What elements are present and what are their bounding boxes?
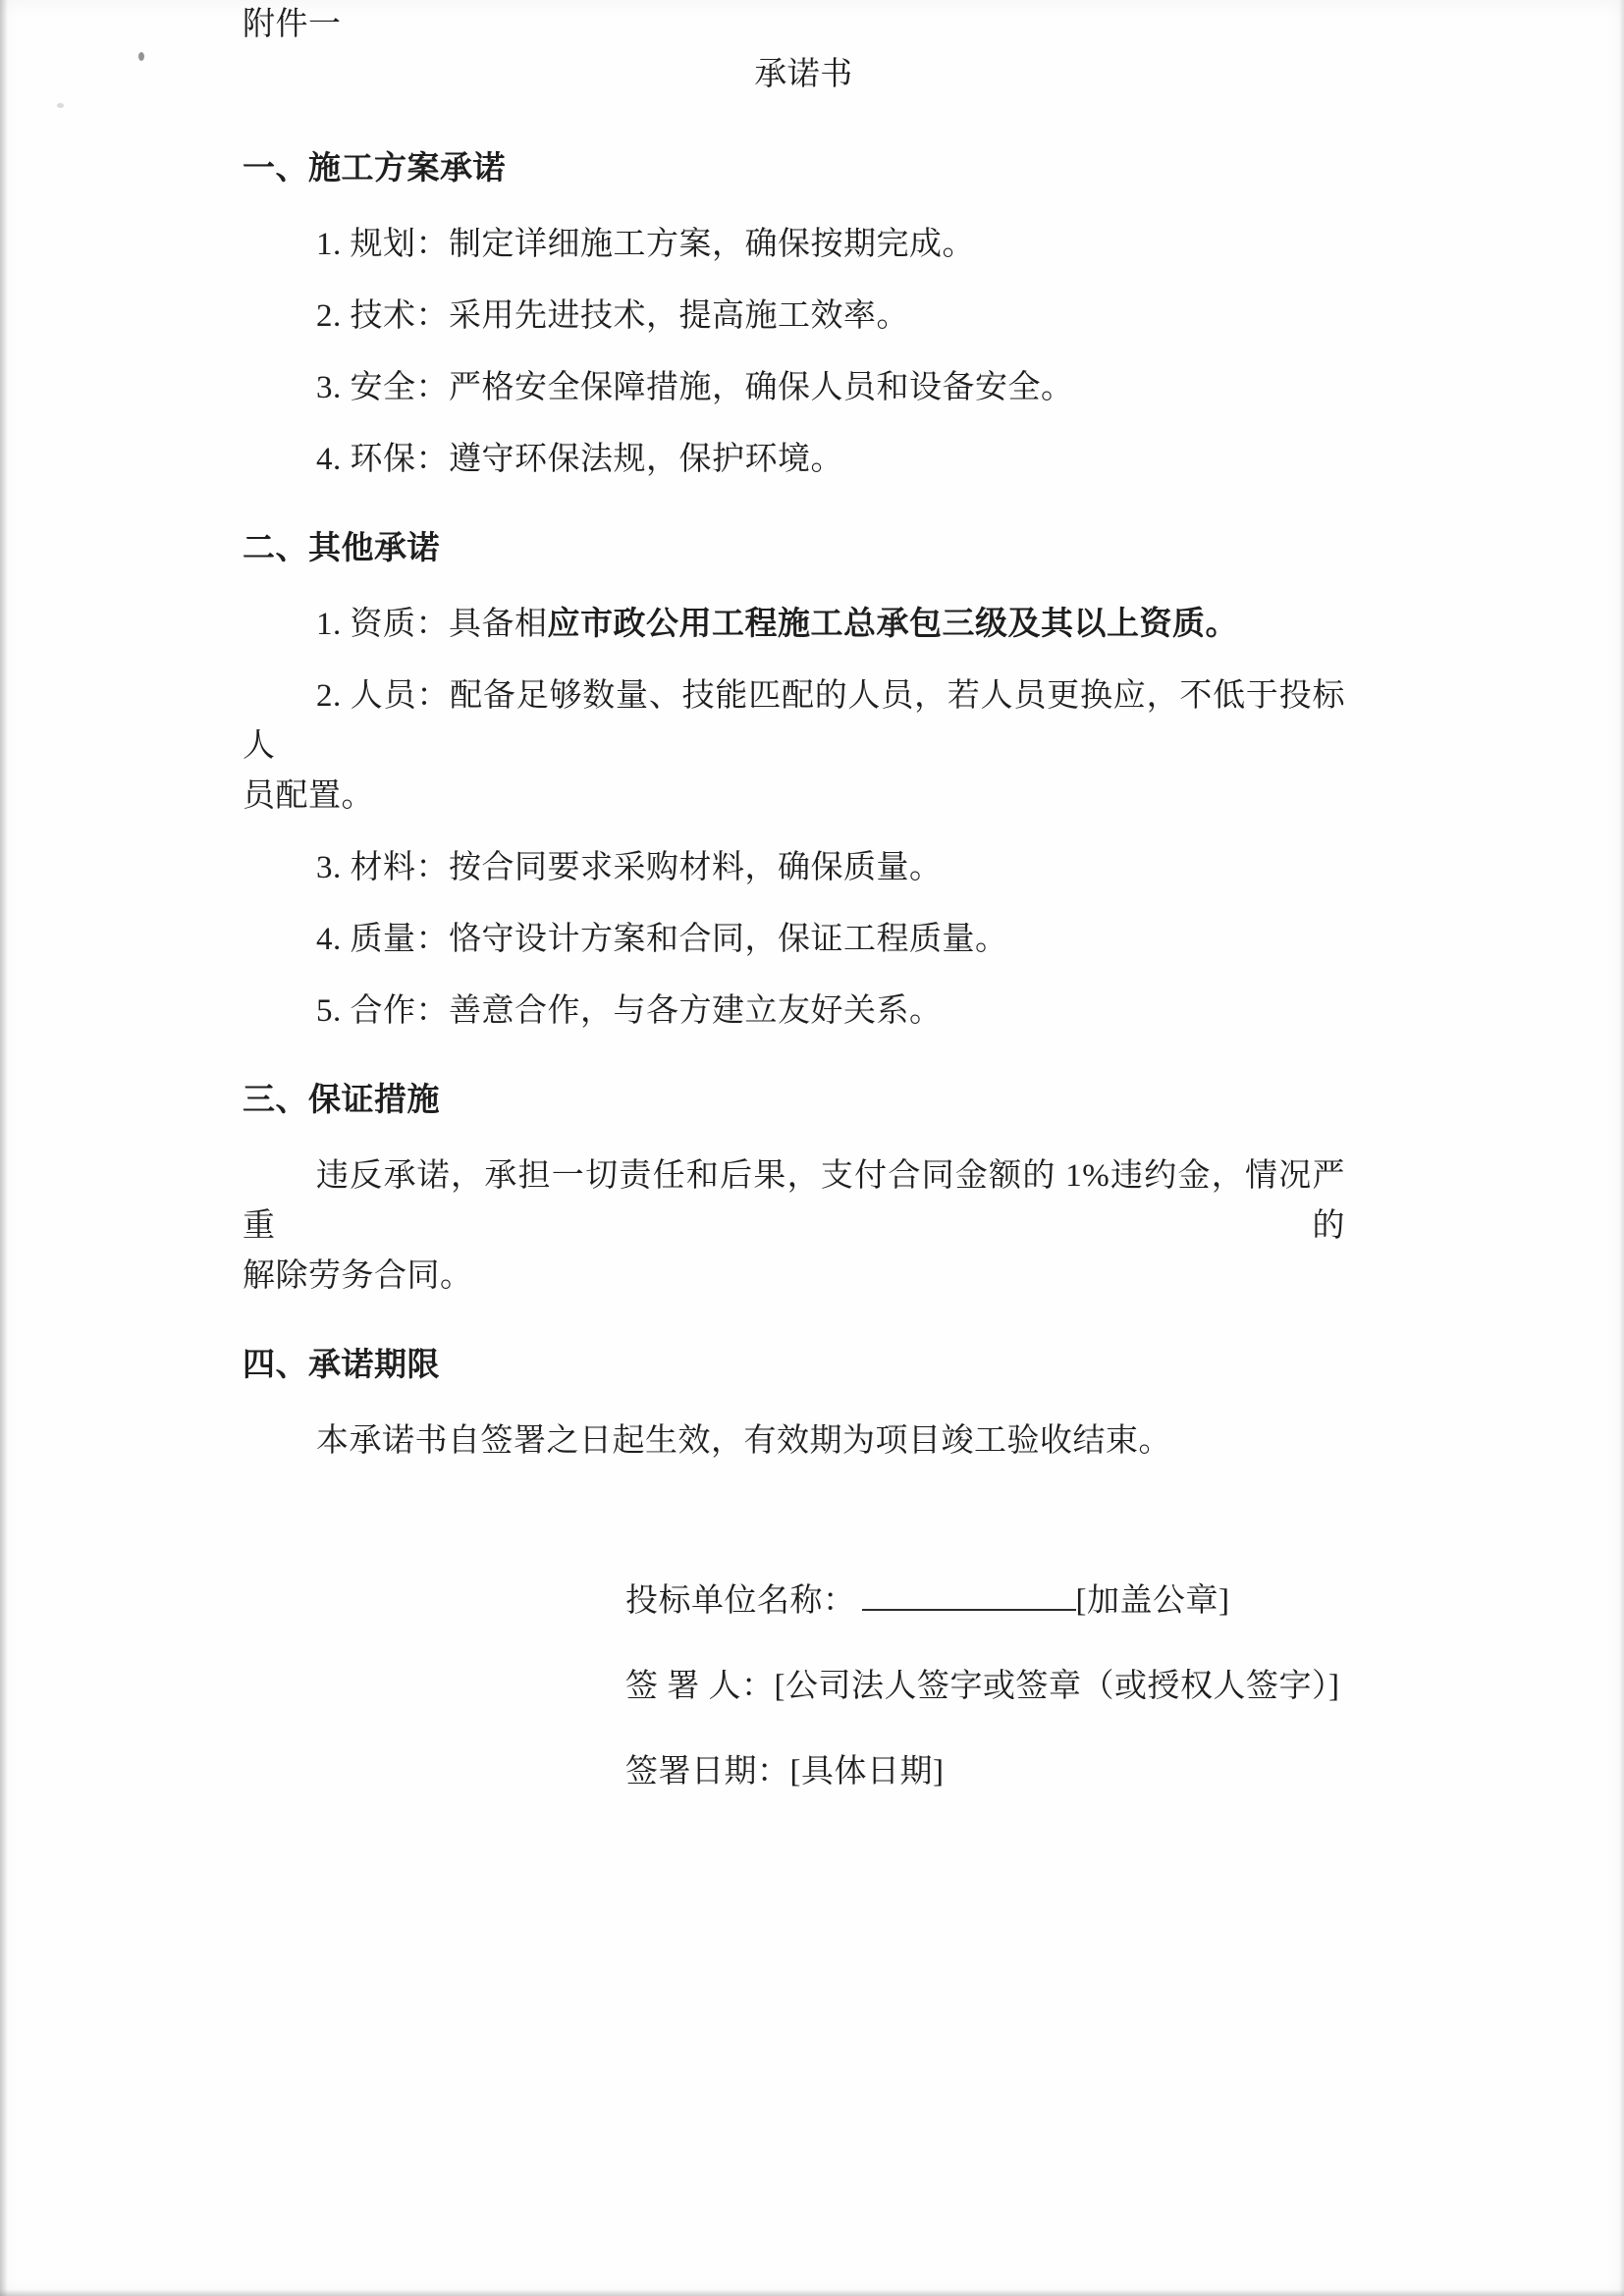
signature-date-row: 签署日期：[具体日期] [625, 1747, 1345, 1797]
scan-speck [138, 52, 144, 61]
document-content: 附件一 承诺书 一、施工方案承诺 1. 规划：制定详细施工方案，确保按期完成。 … [243, 0, 1345, 1797]
item-text: 2. 技术：采用先进技术，提高施工效率。 [316, 298, 909, 334]
signature-block: 投标单位名称：[加盖公章] 签 署 人：[公司法人签字或签章（或授权人签字）] … [625, 1576, 1345, 1797]
signature-signer-value: [公司法人签字或签章（或授权人签字）] [775, 1669, 1340, 1704]
list-item: 4. 环保：遵守环保法规，保护环境。 [243, 435, 1345, 485]
paragraph-text: 本承诺书自签署之日起生效，有效期为项目竣工验收结束。 [243, 1416, 1345, 1467]
signature-company-seal: [加盖公章] [1076, 1583, 1230, 1619]
item-text: 1. 资质：具备相 [316, 607, 548, 642]
item-text: 2. 人员：配备足够数量、技能匹配的人员，若人员更换应，不低于投标人 [243, 671, 1345, 772]
signature-signer-row: 签 署 人：[公司法人签字或签章（或授权人签字）] [625, 1662, 1345, 1712]
list-item: 2. 人员：配备足够数量、技能匹配的人员，若人员更换应，不低于投标人 员配置。 [243, 671, 1345, 822]
signature-signer-label: 签 署 人： [625, 1669, 775, 1704]
paragraph-text: 解除劳务合同。 [243, 1252, 1345, 1302]
list-item: 3. 材料：按合同要求采购材料，确保质量。 [243, 843, 1345, 893]
item-text: 4. 质量：恪守设计方案和合同，保证工程质量。 [316, 922, 1008, 957]
body-paragraph: 违反承诺，承担一切责任和后果，支付合同金额的 1%违约金，情况严重的 解除劳务合… [243, 1151, 1345, 1302]
section-heading-4: 四、承诺期限 [243, 1341, 1345, 1391]
scan-edge-shadow-bottom [0, 2289, 1624, 2296]
signature-company-row: 投标单位名称：[加盖公章] [625, 1576, 1345, 1627]
list-item: 3. 安全：严格安全保障措施，确保人员和设备安全。 [243, 363, 1345, 413]
item-text: 3. 材料：按合同要求采购材料，确保质量。 [316, 850, 943, 885]
body-paragraph: 本承诺书自签署之日起生效，有效期为项目竣工验收结束。 [243, 1416, 1345, 1467]
signature-blank-line [862, 1576, 1076, 1611]
scanned-page: 附件一 承诺书 一、施工方案承诺 1. 规划：制定详细施工方案，确保按期完成。 … [0, 0, 1624, 2296]
item-text: 3. 安全：严格安全保障措施，确保人员和设备安全。 [316, 370, 1074, 405]
signature-date-value: [具体日期] [790, 1754, 945, 1789]
list-item: 2. 技术：采用先进技术，提高施工效率。 [243, 292, 1345, 342]
list-item: 1. 规划：制定详细施工方案，确保按期完成。 [243, 220, 1345, 270]
list-item: 4. 质量：恪守设计方案和合同，保证工程质量。 [243, 915, 1345, 965]
item-text: 员配置。 [243, 772, 1345, 822]
scan-speck [57, 103, 64, 108]
item-text: 5. 合作：善意合作，与各方建立友好关系。 [316, 993, 943, 1029]
page-title: 承诺书 [243, 50, 1345, 100]
attachment-label: 附件一 [243, 0, 1345, 50]
scan-edge-shadow-right [1619, 0, 1624, 2296]
list-item: 1. 资质：具备相应市政公用工程施工总承包三级及其以上资质。 [243, 600, 1345, 650]
item-text: 1. 规划：制定详细施工方案，确保按期完成。 [316, 227, 975, 262]
section-heading-1: 一、施工方案承诺 [243, 144, 1345, 194]
signature-company-label: 投标单位名称： [625, 1583, 856, 1619]
section-heading-2: 二、其他承诺 [243, 524, 1345, 574]
item-text: 4. 环保：遵守环保法规，保护环境。 [316, 442, 843, 477]
scan-edge-shadow-left [0, 0, 8, 2296]
section-heading-3: 三、保证措施 [243, 1076, 1345, 1126]
paragraph-text: 违反承诺，承担一切责任和后果，支付合同金额的 1%违约金，情况严重的 [243, 1151, 1345, 1252]
list-item: 5. 合作：善意合作，与各方建立友好关系。 [243, 987, 1345, 1037]
item-text-bold: 应市政公用工程施工总承包三级及其以上资质。 [548, 607, 1239, 642]
signature-date-label: 签署日期： [625, 1754, 790, 1789]
